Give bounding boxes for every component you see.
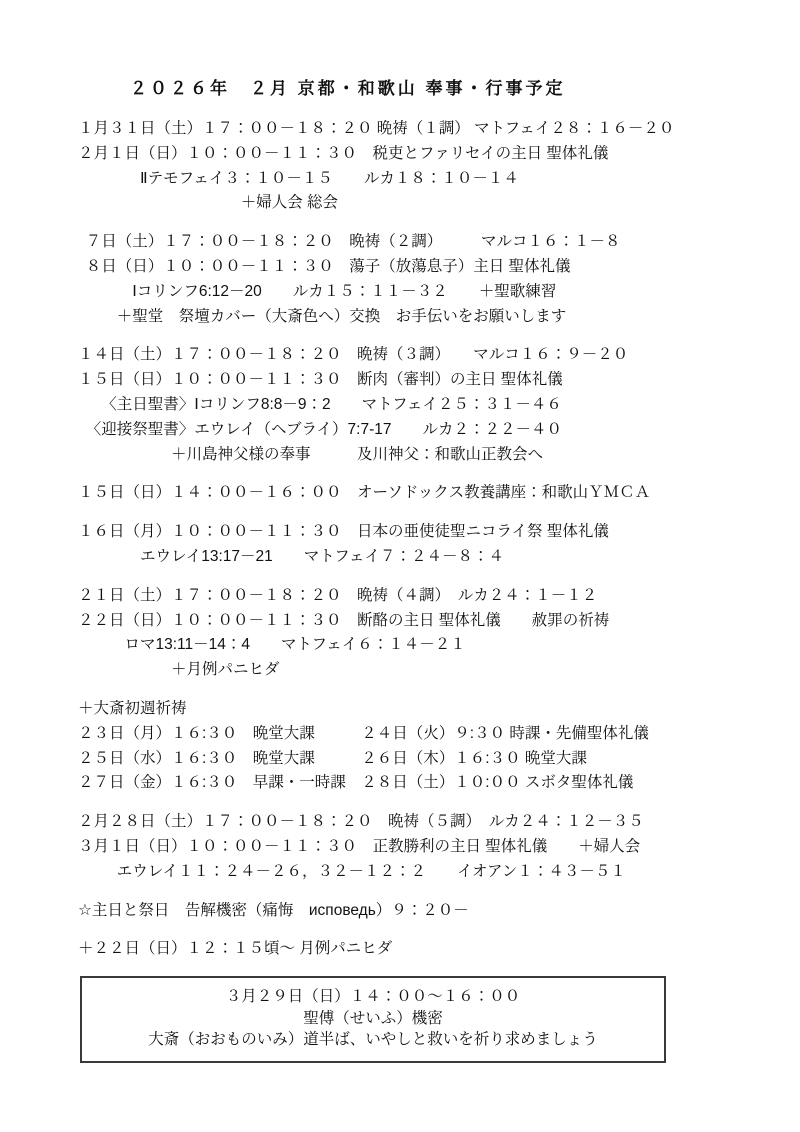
schedule-line: ☆主日と祭日 告解機密（痛悔 исповедь）９：２０－ [78, 899, 770, 924]
schedule-line: ２７日（金）１６:３０ 早課・一時課 ２８日（土）１０:００ スボタ聖体礼儀 [78, 771, 770, 796]
schedule-line: ２２日（日）１０：００－１１：３０ 断酪の主日 聖体礼儀 赦罪の祈祷 [78, 609, 770, 634]
schedule-line: ロマ13:11－14：4 マトフェイ６：１４－２１ [78, 633, 770, 658]
schedule-list: １月３１日（土）１７：００－１８：２０ 晩祷（１調） マトフェイ２８：１６－２０… [78, 117, 770, 962]
notice-box: ３月２９日（日）１４：００～１６：００聖傅（せいふ）機密大斎（おおものいみ）道半… [80, 976, 666, 1063]
schedule-block: ＋大斎初週祈祷２３日（月）１６:３０ 晩堂大課 ２４日（火）９:３０ 時課・先備… [78, 697, 770, 796]
page-title: ２０２６年 ２月 京都・和歌山 奉事・行事予定 [78, 74, 770, 99]
schedule-line: 〈主日聖書〉Ⅰコリンフ8:8－9：2 マトフェイ２５：３１－４６ [78, 393, 770, 418]
schedule-line: ＋月例パニヒダ [78, 658, 770, 683]
schedule-line: ３月１日（日）１０：００－１１：３０ 正教勝利の主日 聖体礼儀 ＋婦人会 [78, 835, 770, 860]
schedule-line: ＋川島神父様の奉事 及川神父：和歌山正教会へ [78, 443, 770, 468]
schedule-line: エウレイ１１：２４－２６，３２－１２：２ イオアン１：４３－５１ [78, 860, 770, 885]
schedule-line: １５日（日）１４：００－１６：００ オーソドックス教養講座：和歌山ＹＭＣＡ [78, 481, 770, 506]
notice-line: 大斎（おおものいみ）道半ば、いやしと救いを祈り求めましょう [88, 1029, 658, 1051]
schedule-line: １５日（日）１０：００－１１：３０ 断肉（審判）の主日 聖体礼儀 [78, 368, 770, 393]
schedule-line: ＋大斎初週祈祷 [78, 697, 770, 722]
notice-line: ３月２９日（日）１４：００～１６：００ [88, 986, 658, 1008]
schedule-block: １６日（月）１０：００－１１：３０ 日本の亜使徒聖ニコライ祭 聖体礼儀エウレイ1… [78, 520, 770, 570]
schedule-line: ２５日（水）１６:３０ 晩堂大課 ２６日（木）１６:３０ 晩堂大課 [78, 747, 770, 772]
schedule-line: ２３日（月）１６:３０ 晩堂大課 ２４日（火）９:３０ 時課・先備聖体礼儀 [78, 722, 770, 747]
schedule-block: １月３１日（土）１７：００－１８：２０ 晩祷（１調） マトフェイ２８：１６－２０… [78, 117, 770, 216]
schedule-line: ２月２８日（土）１７：００－１８：２０ 晩祷（５調） ルカ２４：１２－３５ [78, 810, 770, 835]
schedule-block: ２月２８日（土）１７：００－１８：２０ 晩祷（５調） ルカ２４：１２－３５３月１… [78, 810, 770, 884]
schedule-line: ７日（土）１７：００－１８：２０ 晩祷（２調） マルコ１６：１－８ [78, 230, 770, 255]
document-page: ２０２６年 ２月 京都・和歌山 奉事・行事予定 １月３１日（土）１７：００－１８… [0, 0, 800, 1132]
schedule-line: ２月１日（日）１０：００－１１：３０ 税吏とファリセイの主日 聖体礼儀 [78, 142, 770, 167]
schedule-line: １月３１日（土）１７：００－１８：２０ 晩祷（１調） マトフェイ２８：１６－２０ [78, 117, 770, 142]
notice-line: 聖傅（せいふ）機密 [88, 1008, 658, 1030]
schedule-line: ＋婦人会 総会 [78, 191, 770, 216]
schedule-line: １４日（土）１７：００－１８：２０ 晩祷（３調） マルコ１６：９－２０ [78, 343, 770, 368]
schedule-line: １６日（月）１０：００－１１：３０ 日本の亜使徒聖ニコライ祭 聖体礼儀 [78, 520, 770, 545]
schedule-block: ７日（土）１７：００－１８：２０ 晩祷（２調） マルコ１６：１－８８日（日）１０… [78, 230, 770, 329]
schedule-block: ☆主日と祭日 告解機密（痛悔 исповедь）９：２０－ [78, 899, 770, 924]
schedule-line: エウレイ13:17－21 マトフェイ７：２４－８：４ [78, 545, 770, 570]
schedule-line: Ⅱテモフェイ３：１０－１５ ルカ１８：１０－１４ [78, 167, 770, 192]
schedule-line: 〈迎接祭聖書〉エウレイ（ヘブライ）7:7-17 ルカ２：２２－４０ [78, 418, 770, 443]
schedule-block: ２１日（土）１７：００－１８：２０ 晩祷（４調） ルカ２４：１－１２２２日（日）… [78, 584, 770, 683]
schedule-line: ２１日（土）１７：００－１８：２０ 晩祷（４調） ルカ２４：１－１２ [78, 584, 770, 609]
schedule-line: ＋聖堂 祭壇カバー（大斎色へ）交換 お手伝いをお願いします [78, 305, 770, 330]
schedule-line: ＋２２日（日）１２：１５頃～ 月例パニヒダ [78, 937, 770, 962]
schedule-block: ＋２２日（日）１２：１５頃～ 月例パニヒダ [78, 937, 770, 962]
schedule-block: １４日（土）１７：００－１８：２０ 晩祷（３調） マルコ１６：９－２０１５日（日… [78, 343, 770, 467]
schedule-line: ８日（日）１０：００－１１：３０ 蕩子（放蕩息子）主日 聖体礼儀 [78, 255, 770, 280]
schedule-block: １５日（日）１４：００－１６：００ オーソドックス教養講座：和歌山ＹＭＣＡ [78, 481, 770, 506]
schedule-line: Ⅰコリンフ6:12－20 ルカ１５：１１－３２ ＋聖歌練習 [78, 280, 770, 305]
